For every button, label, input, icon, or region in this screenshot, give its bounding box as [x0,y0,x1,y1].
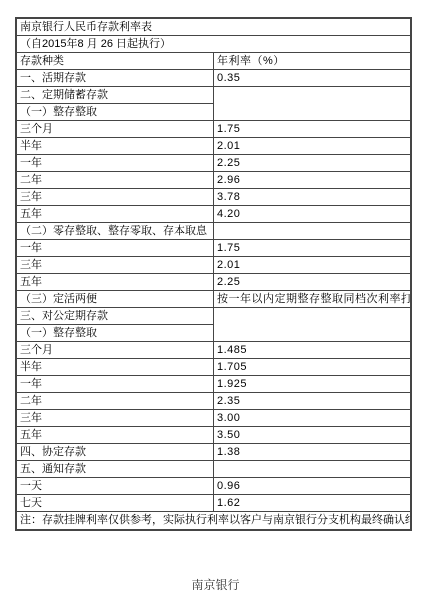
header-row: 存款种类 年利率（%） [16,53,411,70]
deposit-type-cell: 半年 [16,359,214,376]
table-row: 三个月1.485 [16,342,411,359]
rate-cell: 1.38 [214,444,412,461]
table-row: 二年2.96 [16,172,411,189]
table-row: 二、定期储蓄存款 [16,87,411,104]
rate-cell: 4.20 [214,206,412,223]
note-text: 注：存款挂牌利率仅供参考，实际执行利率以客户与南京银行分支机构最终确认结果为准。… [16,512,411,531]
deposit-type-cell: 二、定期储蓄存款 [16,87,214,104]
effective-date: （自2015年8 月 26 日起执行） [16,36,411,53]
table-row: 一、活期存款0.35 [16,70,411,87]
deposit-type-cell: 七天 [16,495,214,512]
deposit-type-cell: 半年 [16,138,214,155]
deposit-type-cell: 一天 [16,478,214,495]
deposit-type-cell: 一年 [16,155,214,172]
rate-cell: 1.705 [214,359,412,376]
deposit-type-cell: 五年 [16,274,214,291]
table-row: 半年1.705 [16,359,411,376]
table-row: 七天1.62 [16,495,411,512]
deposit-type-cell: 五、通知存款 [16,461,214,478]
deposit-type-cell: （三）定活两便 [16,291,214,308]
table-row: （二）零存整取、整存零取、存本取息 [16,223,411,240]
column-header-deposit-type: 存款种类 [16,53,214,70]
deposit-type-cell: （二）零存整取、整存零取、存本取息 [16,223,214,240]
deposit-type-cell: （一）整存整取 [16,325,214,342]
rate-cell: 1.75 [214,121,412,138]
rate-cell [214,223,412,240]
table-row: 三年3.00 [16,410,411,427]
table-row: 一年1.75 [16,240,411,257]
table-row: 三个月1.75 [16,121,411,138]
bank-name-footer: 南京银行 [0,576,431,593]
rate-cell: 3.00 [214,410,412,427]
rate-cell-merged-empty [214,308,412,342]
column-header-annual-rate: 年利率（%） [214,53,412,70]
deposit-type-cell: 二年 [16,393,214,410]
deposit-type-cell: 一年 [16,376,214,393]
deposit-type-cell: 三个月 [16,342,214,359]
table-row: 一天0.96 [16,478,411,495]
rate-cell: 0.96 [214,478,412,495]
table-row: 四、协定存款1.38 [16,444,411,461]
rate-cell: 2.25 [214,274,412,291]
table-row: 五年4.20 [16,206,411,223]
table-row: 五年3.50 [16,427,411,444]
table-row: （三）定活两便按一年以内定期整存整取同档次利率打六折执行 [16,291,411,308]
effective-date-row: （自2015年8 月 26 日起执行） [16,36,411,53]
deposit-type-cell: 三年 [16,189,214,206]
rate-cell: 1.485 [214,342,412,359]
deposit-type-cell: 一、活期存款 [16,70,214,87]
table-row: 半年2.01 [16,138,411,155]
rate-cell: 0.35 [214,70,412,87]
title-row: 南京银行人民币存款利率表 [16,18,411,36]
deposit-type-cell: 一年 [16,240,214,257]
deposit-type-cell: 四、协定存款 [16,444,214,461]
table-row: 三、对公定期存款 [16,308,411,325]
rate-cell: 按一年以内定期整存整取同档次利率打六折执行 [214,291,412,308]
rate-sheet-page: 南京银行人民币存款利率表 （自2015年8 月 26 日起执行） 存款种类 年利… [0,0,431,600]
deposit-type-cell: 三个月 [16,121,214,138]
deposit-type-cell: 三、对公定期存款 [16,308,214,325]
table-row: 三年2.01 [16,257,411,274]
rate-cell: 1.62 [214,495,412,512]
rate-cell: 2.35 [214,393,412,410]
table-row: 一年2.25 [16,155,411,172]
rate-cell [214,461,412,478]
rate-cell: 1.75 [214,240,412,257]
deposit-type-cell: 五年 [16,427,214,444]
rate-table-body: 南京银行人民币存款利率表 （自2015年8 月 26 日起执行） 存款种类 年利… [16,18,411,530]
note-row: 注：存款挂牌利率仅供参考，实际执行利率以客户与南京银行分支机构最终确认结果为准。… [16,512,411,531]
table-row: 五年2.25 [16,274,411,291]
table-row: 二年2.35 [16,393,411,410]
rate-cell-merged-empty [214,87,412,121]
table-row: 五、通知存款 [16,461,411,478]
deposit-type-cell: （一）整存整取 [16,104,214,121]
deposit-type-cell: 三年 [16,257,214,274]
rate-cell: 2.25 [214,155,412,172]
rate-cell: 3.78 [214,189,412,206]
table-title: 南京银行人民币存款利率表 [16,18,411,36]
rate-cell: 1.925 [214,376,412,393]
rate-cell: 2.01 [214,257,412,274]
deposit-rate-table: 南京银行人民币存款利率表 （自2015年8 月 26 日起执行） 存款种类 年利… [15,17,412,531]
table-row: 一年1.925 [16,376,411,393]
deposit-type-cell: 三年 [16,410,214,427]
deposit-type-cell: 五年 [16,206,214,223]
rate-cell: 2.01 [214,138,412,155]
deposit-type-cell: 二年 [16,172,214,189]
rate-cell: 3.50 [214,427,412,444]
table-row: 三年3.78 [16,189,411,206]
rate-cell: 2.96 [214,172,412,189]
